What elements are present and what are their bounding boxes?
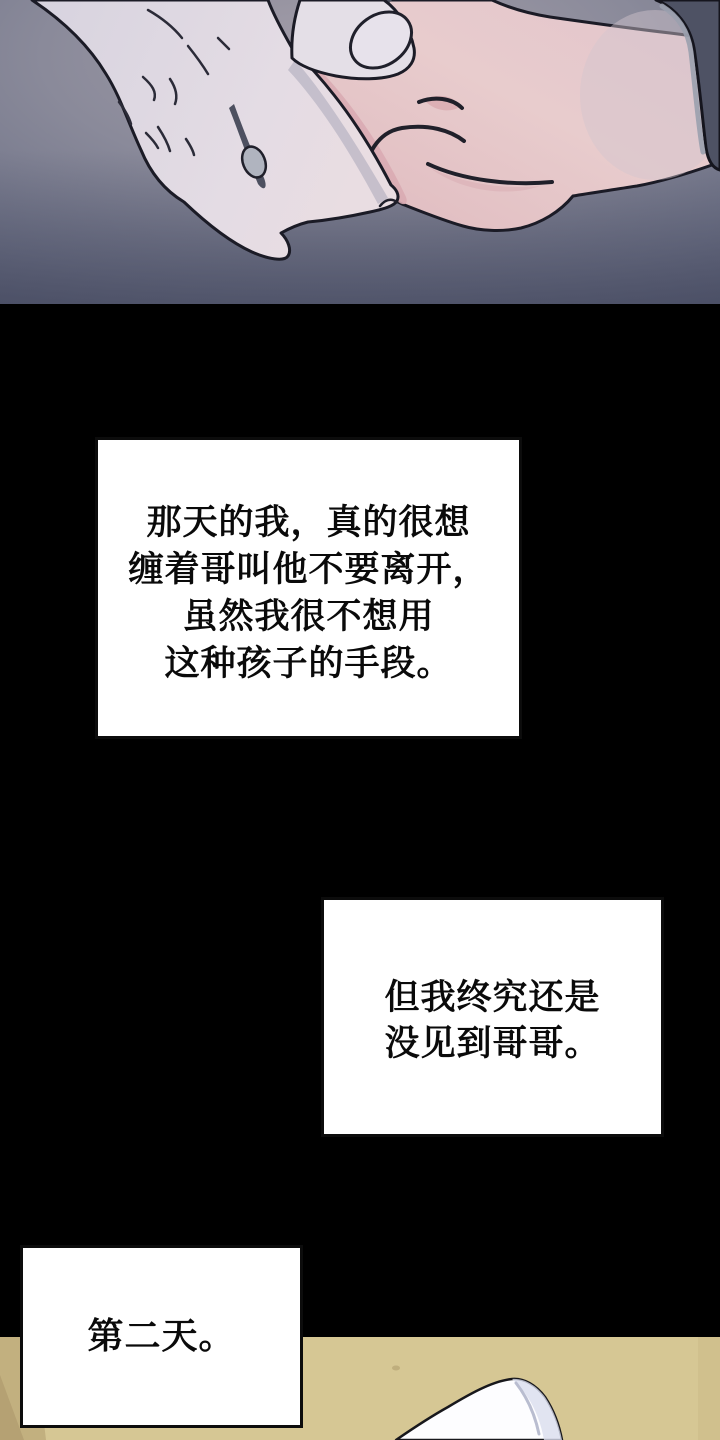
caption-line: 这种孩子的手段。 — [164, 641, 452, 688]
caption-box-2: 但我终究还是 没见到哥哥。 — [321, 897, 664, 1137]
floor-speck — [392, 1366, 400, 1371]
caption-line: 第二天。 — [87, 1314, 235, 1360]
caption-line: 没见到哥哥。 — [384, 1021, 600, 1067]
caption-box-3: 第二天。 — [20, 1245, 303, 1428]
caption-line: 缠着哥叫他不要离开， — [128, 547, 488, 594]
webtoon-page: 那天的我，真的很想 缠着哥叫他不要离开， 虽然我很不想用 这种孩子的手段。 但我… — [0, 0, 720, 1440]
caption-line: 虽然我很不想用 — [182, 594, 434, 641]
floor-right-shade — [698, 1337, 720, 1440]
caption-line: 但我终究还是 — [384, 975, 600, 1021]
top-panel-illustration — [0, 0, 720, 304]
caption-line: 那天的我，真的很想 — [146, 500, 470, 547]
caption-box-1: 那天的我，真的很想 缠着哥叫他不要离开， 虽然我很不想用 这种孩子的手段。 — [95, 437, 522, 739]
